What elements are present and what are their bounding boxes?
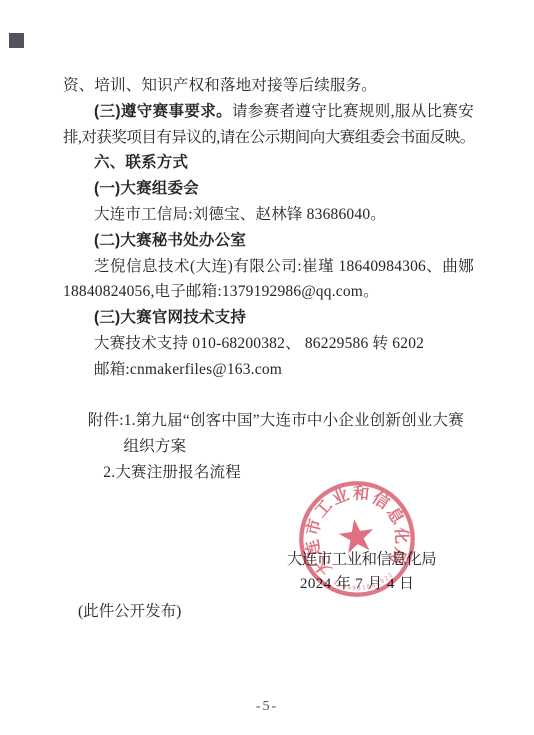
document-line: 组织方案 xyxy=(63,434,474,460)
document-body: 资、培训、知识产权和落地对接等后续服务。(三)遵守赛事要求。请参赛者遵守比赛规则… xyxy=(63,73,474,486)
official-seal: 大连市工业和信息化局 2202001099904 xyxy=(285,467,429,611)
document-line: (二)大赛秘书处办公室 xyxy=(63,228,474,254)
text-segment: (一)大赛组委会 xyxy=(94,180,199,197)
text-segment: (二)大赛秘书处办公室 xyxy=(94,232,246,249)
document-line: 资、培训、知识产权和落地对接等后续服务。 xyxy=(63,73,474,99)
document-line: 附件:1.第九届“创客中国”大连市中小企业创新创业大赛 xyxy=(63,408,474,434)
text-segment: 排,对获奖项目有异议的,请在公示期间向大赛组委会书面反映。 xyxy=(63,129,474,146)
text-segment: 六、联系方式 xyxy=(94,154,188,171)
text-segment: 组织方案 xyxy=(123,438,186,455)
document-page: 资、培训、知识产权和落地对接等后续服务。(三)遵守赛事要求。请参赛者遵守比赛规则… xyxy=(0,0,534,735)
seal-glyph: 9 xyxy=(352,586,356,592)
document-line: 芝倪信息技术(大连)有限公司:崔瑾 18640984306、曲娜 xyxy=(63,254,474,280)
seal-glyph: 和 xyxy=(352,483,370,504)
blank-line xyxy=(63,383,474,409)
document-line: (三)遵守赛事要求。请参赛者遵守比赛规则,服从比赛安 xyxy=(63,99,474,125)
document-line: 六、联系方式 xyxy=(63,150,474,176)
text-segment: 18840824056,电子邮箱:1379192986@qq.com。 xyxy=(63,283,379,300)
text-segment: 大连市工信局:刘德宝、赵林锋 83686040。 xyxy=(94,206,386,223)
seal-glyph: 连 xyxy=(302,537,324,558)
text-segment: 芝倪信息技术(大连)有限公司:崔瑾 18640984306、曲娜 xyxy=(94,258,474,275)
seal-glyph: 化 xyxy=(391,526,411,545)
document-line: (一)大赛组委会 xyxy=(63,176,474,202)
seal-glyph: 9 xyxy=(347,585,352,592)
text-segment: 邮箱:cnmakerfiles@163.com xyxy=(94,361,282,378)
seal-glyph: 0 xyxy=(357,586,361,592)
document-line: 大赛技术支持 010-68200382、 86229586 转 6202 xyxy=(63,331,474,357)
text-segment: 大赛技术支持 010-68200382、 86229586 转 6202 xyxy=(94,335,424,352)
text-segment: (三)遵守赛事要求。 xyxy=(94,103,232,120)
public-release-note: (此件公开发布) xyxy=(78,599,181,621)
seal-glyph: 市 xyxy=(302,517,324,537)
document-line: 排,对获奖项目有异议的,请在公示期间向大赛组委会书面反映。 xyxy=(63,125,474,151)
text-segment: 附件:1.第九届“创客中国”大连市中小企业创新创业大赛 xyxy=(88,412,464,429)
text-segment: (三)大赛官网技术支持 xyxy=(94,309,246,326)
document-line: 大连市工信局:刘德宝、赵林锋 83686040。 xyxy=(63,202,474,228)
text-segment: 2.大赛注册报名流程 xyxy=(103,464,241,481)
page-number: -5- xyxy=(0,699,534,715)
document-line: (三)大赛官网技术支持 xyxy=(63,305,474,331)
scan-artifact-square xyxy=(9,33,24,48)
document-line: 18840824056,电子邮箱:1379192986@qq.com。 xyxy=(63,279,474,305)
star-icon xyxy=(337,517,376,555)
text-segment: 资、培训、知识产权和落地对接等后续服务。 xyxy=(63,77,377,94)
text-segment: 请参赛者遵守比赛规则,服从比赛安 xyxy=(232,103,474,120)
document-line: 邮箱:cnmakerfiles@163.com xyxy=(63,357,474,383)
